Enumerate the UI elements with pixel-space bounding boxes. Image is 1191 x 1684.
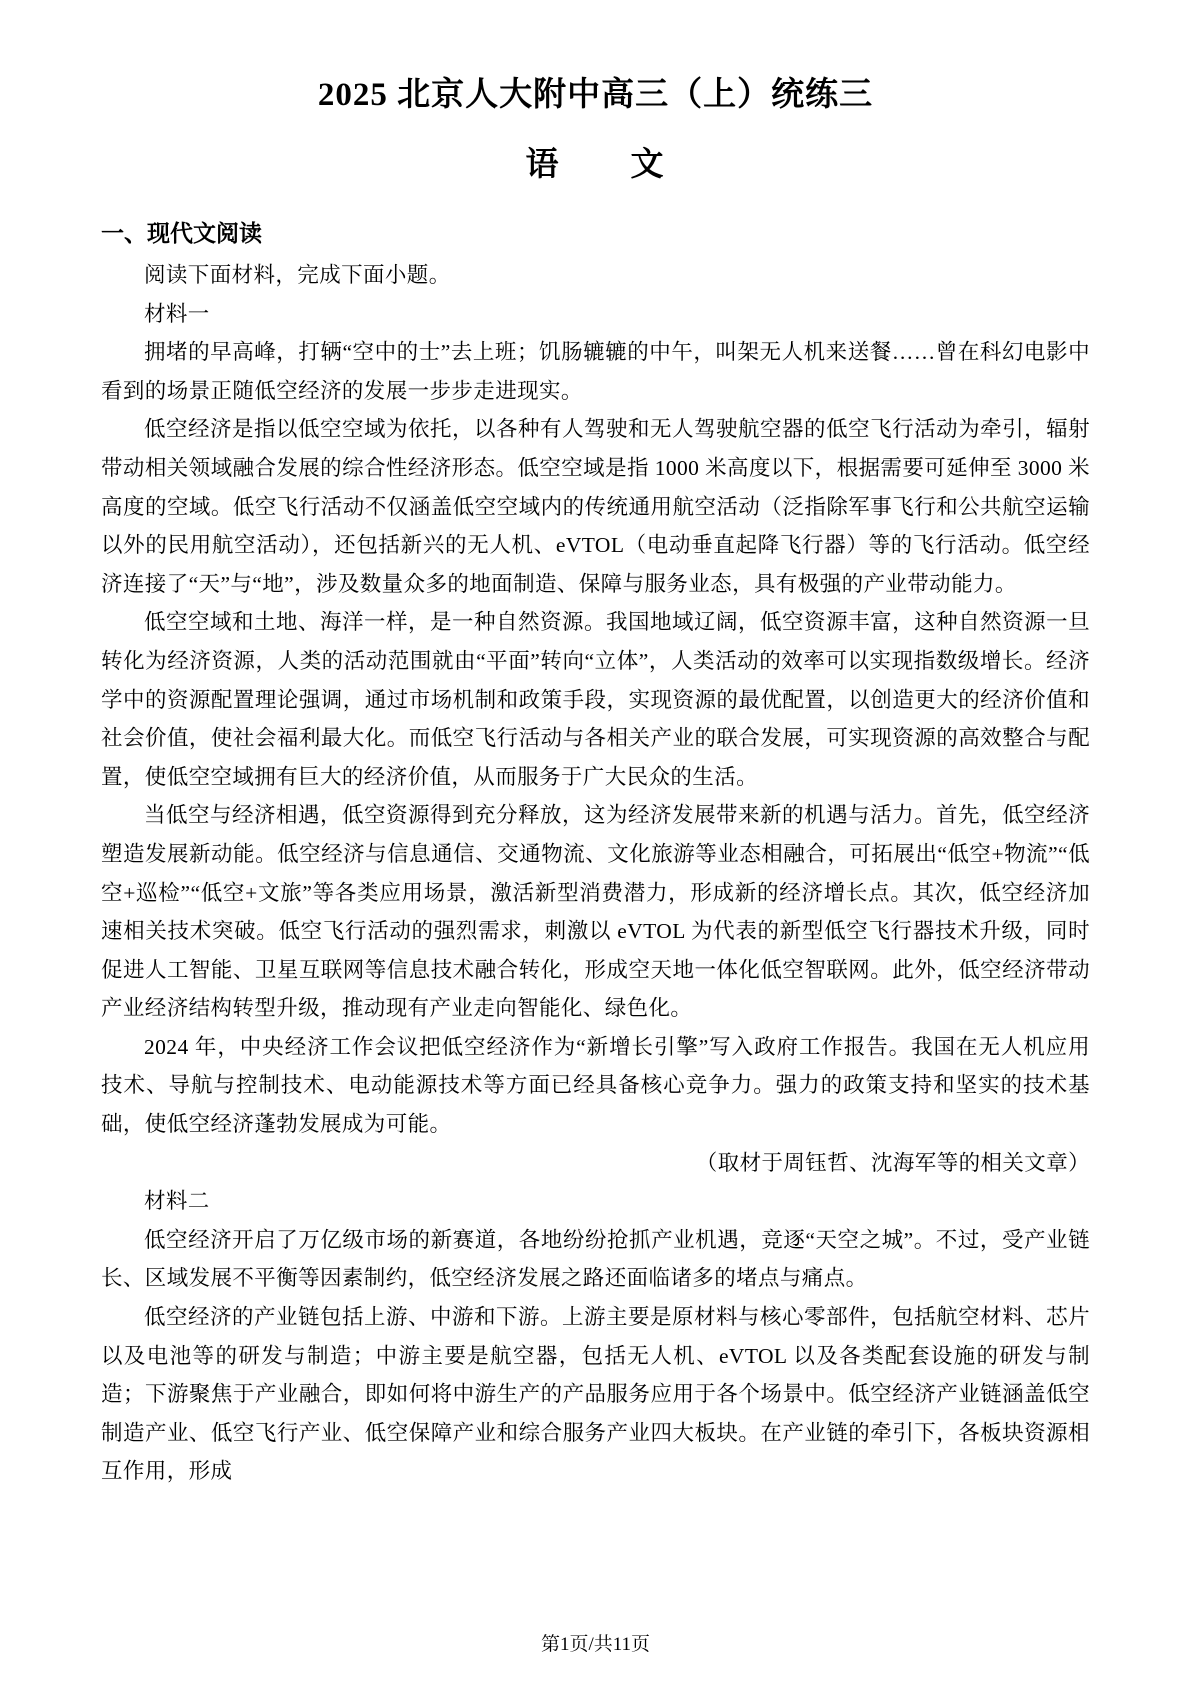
exam-paper-page: 2025 北京人大附中高三（上）统练三 语 文 一、现代文阅读 阅读下面材料，完… [0,0,1191,1684]
material1-paragraph-2: 低空经济是指以低空空域为依托，以各种有人驾驶和无人驾驶航空器的低空飞行活动为牵引… [101,410,1090,603]
section-heading: 一、现代文阅读 [101,216,1090,250]
material1-attribution: （取材于周钰哲、沈海军等的相关文章） [101,1144,1090,1183]
page-number-indicator: 第1页/共11页 [0,1632,1191,1658]
material2-paragraph-2: 低空经济的产业链包括上游、中游和下游。上游主要是原材料与核心零部件，包括航空材料… [101,1298,1090,1491]
document-header: 2025 北京人大附中高三（上）统练三 语 文 [101,72,1090,188]
material1-paragraph-1: 拥堵的早高峰，打辆“空中的士”去上班；饥肠辘辘的中午，叫架无人机来送餐……曾在科… [101,333,1090,410]
material1-paragraph-4: 当低空与经济相遇，低空资源得到充分释放，这为经济发展带来新的机遇与活力。首先，低… [101,796,1090,1028]
material1-paragraph-5: 2024 年，中央经济工作会议把低空经济作为“新增长引擎”写入政府工作报告。我国… [101,1028,1090,1144]
document-body: 阅读下面材料，完成下面小题。 材料一 拥堵的早高峰，打辆“空中的士”去上班；饥肠… [101,256,1090,1491]
subject-title: 语 文 [101,142,1090,188]
material1-label: 材料一 [101,295,1090,334]
intro-text: 阅读下面材料，完成下面小题。 [101,256,1090,295]
material2-paragraph-1: 低空经济开启了万亿级市场的新赛道，各地纷纷抢抓产业机遇，竞逐“天空之城”。不过，… [101,1221,1090,1298]
material2-label: 材料二 [101,1182,1090,1221]
page-title: 2025 北京人大附中高三（上）统练三 [101,72,1090,118]
material1-paragraph-3: 低空空域和土地、海洋一样，是一种自然资源。我国地域辽阔，低空资源丰富，这种自然资… [101,603,1090,796]
